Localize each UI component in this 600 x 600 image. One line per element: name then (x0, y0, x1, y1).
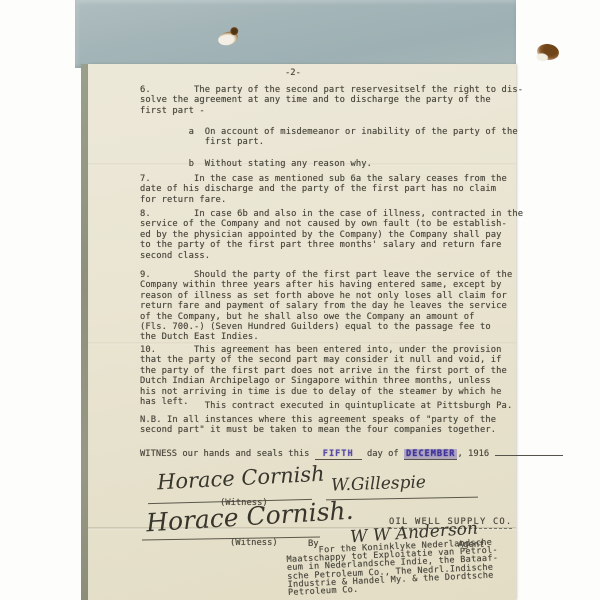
signature-witness-1: Horace Cornish (156, 462, 325, 495)
signature-rule (495, 447, 563, 456)
document-paper: -2- 6. The party of the second part rese… (88, 64, 516, 600)
witness-line-year: , 1916 (457, 449, 494, 459)
company-block: For the Koninklyke Nederlandsche Maatsch… (286, 538, 500, 597)
witness-line-middle: day of (362, 449, 404, 459)
backing-sheet (75, 0, 516, 68)
witness-label-2: (Witness) (230, 538, 278, 548)
month-stamp: DECEMBER (404, 449, 457, 460)
scanned-document: -2- 6. The party of the second part rese… (0, 0, 600, 600)
paragraph-10: 10. This agreement has been entered into… (140, 345, 507, 407)
rust-hole-right (536, 43, 560, 62)
signature-party-2: W.Gillespie (331, 472, 427, 495)
page-number: -2- (285, 68, 301, 78)
witness-line: WITNESS our hands and seals this FIFTH d… (140, 447, 563, 460)
paragraph-8: 8. In case 6b and also in the case of il… (140, 209, 523, 261)
paragraph-7: 7. In the case as mentioned sub 6a the s… (140, 174, 507, 205)
sub-clause-a: a On account of misdemeanor or inability… (140, 127, 518, 148)
sub-clause-b: b Without stating any reason why. (140, 159, 372, 169)
day-stamp: FIFTH (315, 449, 362, 460)
nota-bene: N.B. In all instances where this agreeme… (140, 415, 496, 436)
paragraph-9: 9. Should the party of the first part le… (140, 270, 512, 343)
witness-line-prefix: WITNESS our hands and seals this (140, 449, 315, 459)
paragraph-6: 6. The party of the second part reserves… (140, 85, 523, 116)
execution-line: This contract executed in quintuplicate … (140, 401, 512, 411)
rust-hole-left (217, 30, 240, 48)
